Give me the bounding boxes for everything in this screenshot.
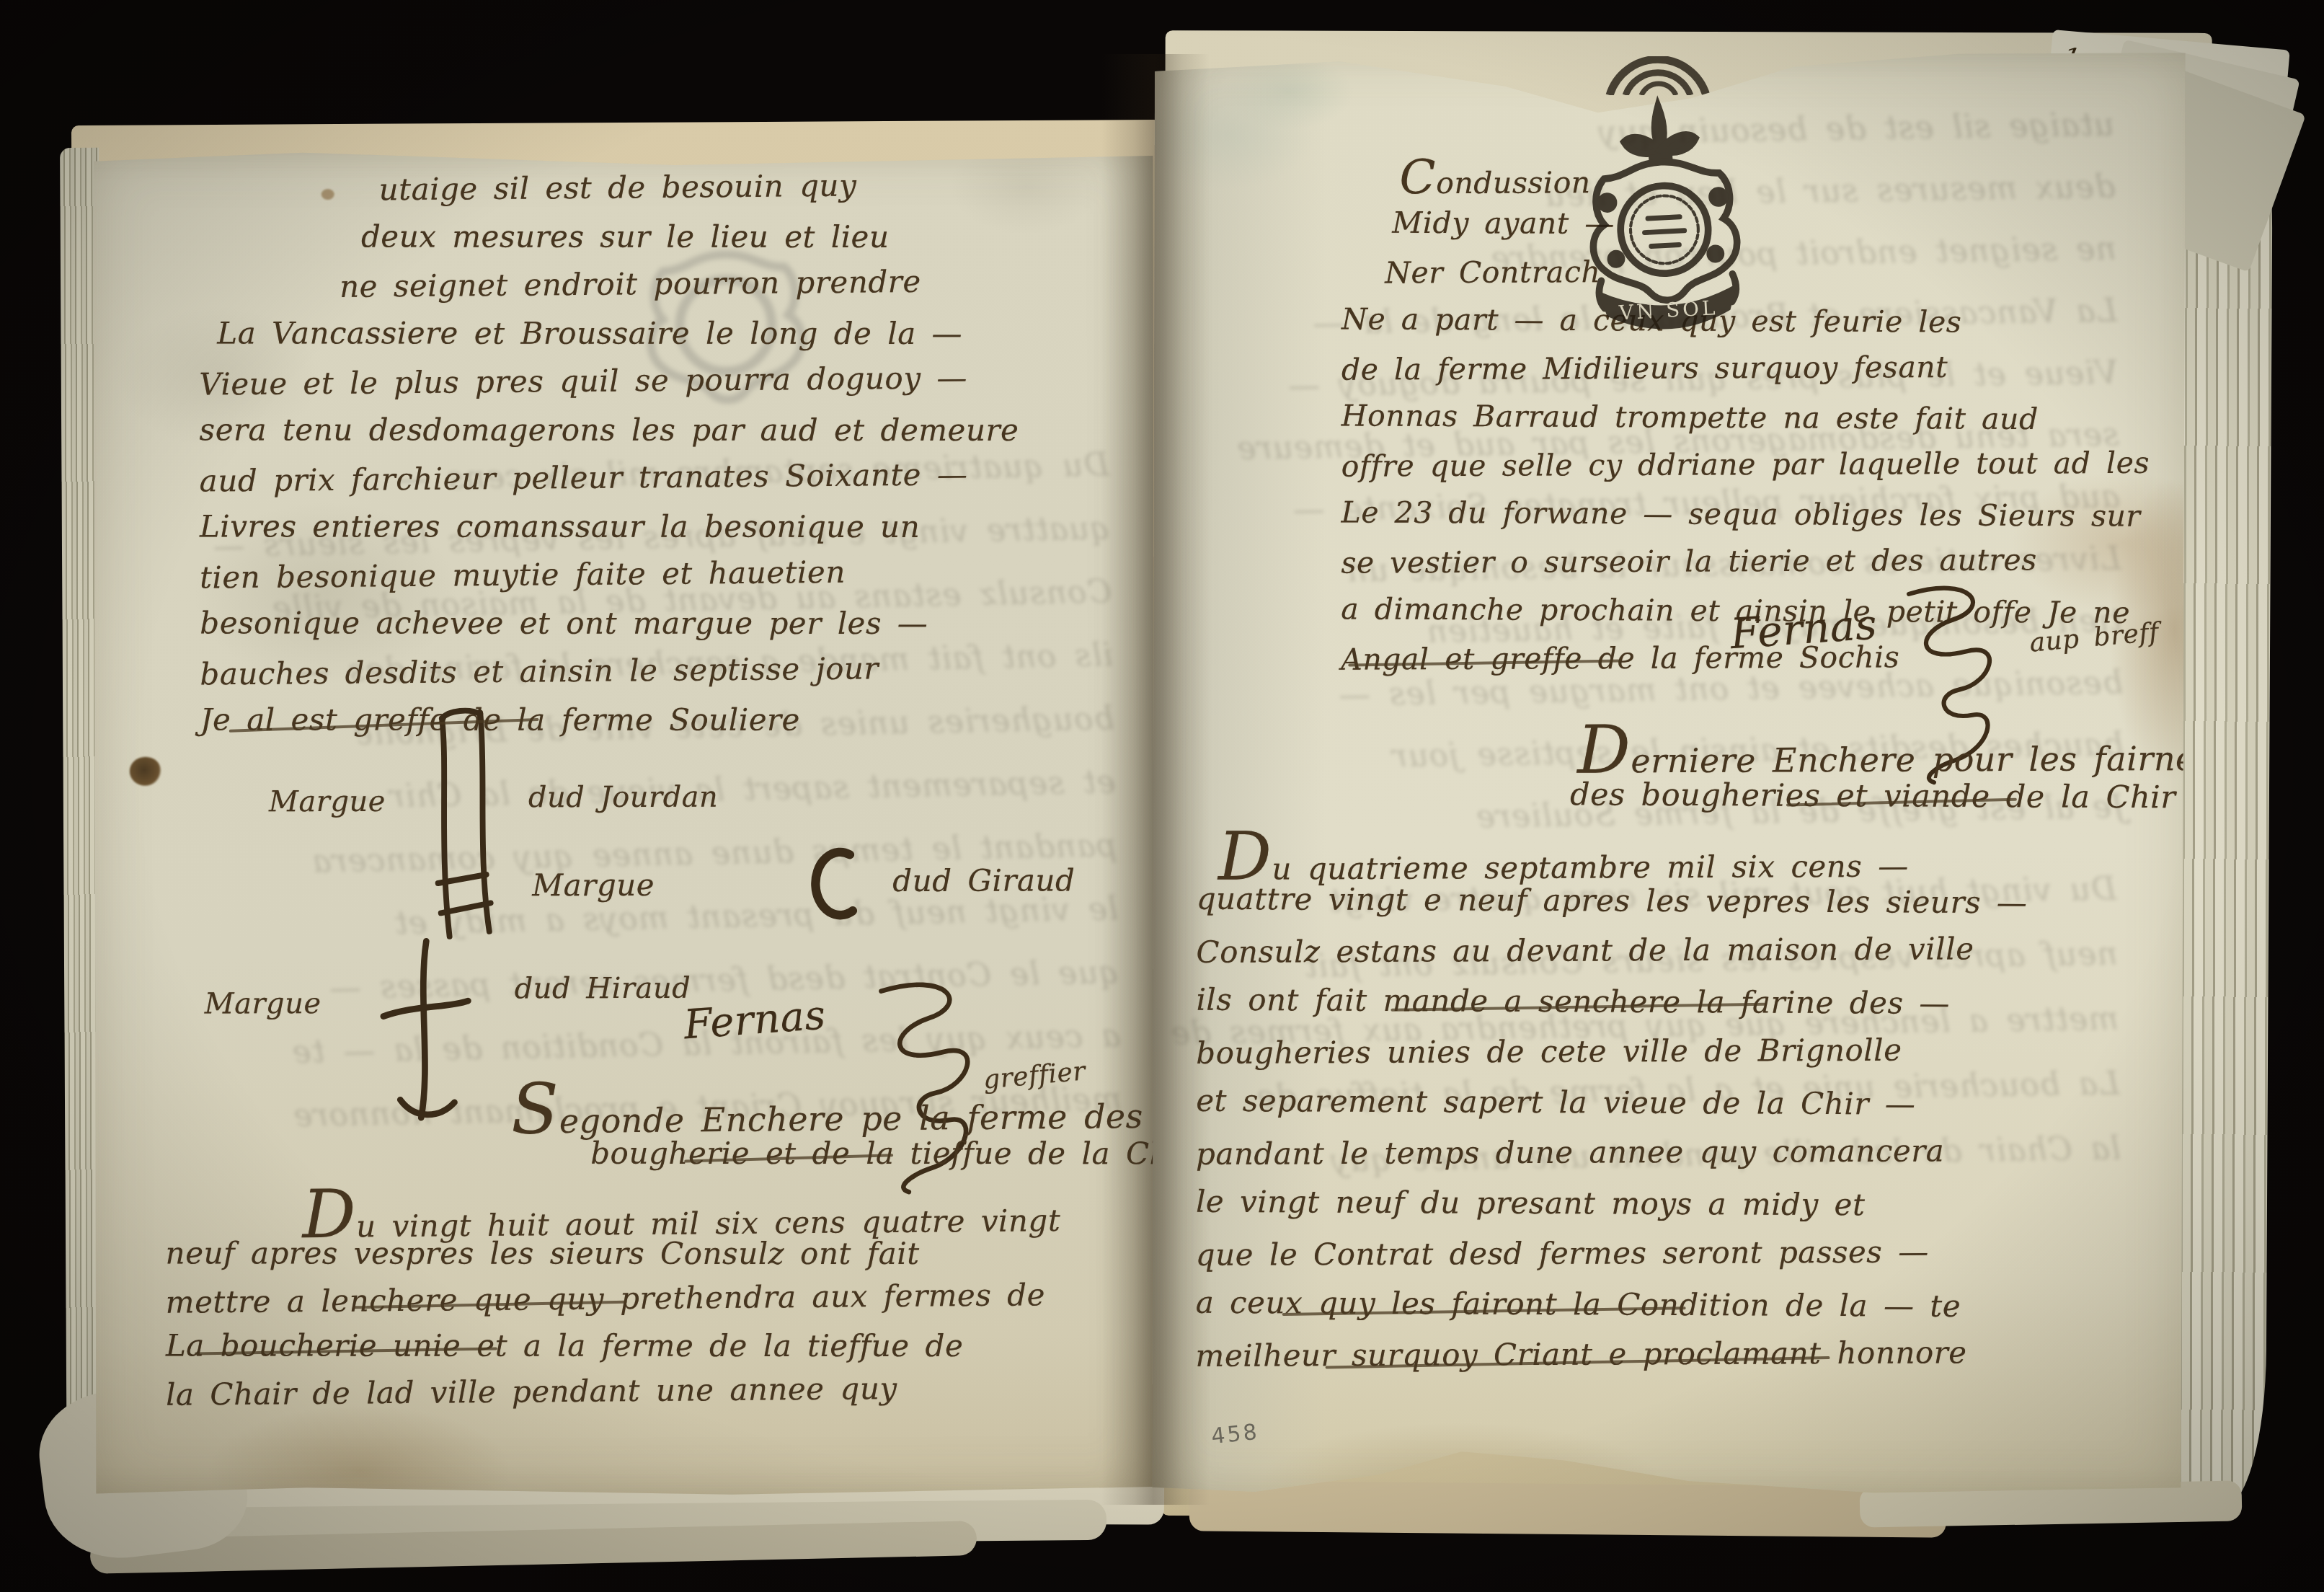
- manuscript-line: se vestier o surseoir la tierie et des a…: [1341, 542, 2163, 594]
- manuscript-line: mettre a lenchere que quy prethendra aux…: [165, 1276, 1153, 1331]
- clerk-signature: Fernas: [683, 991, 828, 1048]
- manuscript-line: Vieue et le plus pres quil se pourra dog…: [199, 358, 1158, 415]
- pencil-page-number: 458: [1210, 1420, 1261, 1450]
- manuscript-line: aud prix farchieur pelleur tranates Soix…: [200, 455, 1159, 512]
- manuscript-line: pandant le temps dune annee quy comancer…: [1196, 1132, 2169, 1187]
- manuscript-line: le vingt neuf du presant moys a midy et: [1196, 1184, 2169, 1239]
- ink-blot: [130, 757, 161, 786]
- manuscript-line: Du vingt huit aout mil six cens quatre v…: [165, 1184, 1153, 1239]
- left-page-entry-heading: Segonde Enchere pe la ferme desbougherie…: [165, 1082, 1145, 1186]
- marque-name: dud Giraud: [892, 862, 1075, 898]
- manuscript-line: ne seignet endroit pourron prendre: [199, 262, 1158, 319]
- manuscript-line: sera tenu desdomagerons les par aud et d…: [200, 412, 1158, 461]
- manuscript-line: Honnas Barraud trompette na este fait au…: [1341, 398, 2163, 451]
- manuscript-line: Le 23 du forwane — sequa obliges les Sie…: [1341, 495, 2163, 547]
- manuscript-line: bougheries unies de cete ville de Brigno…: [1196, 1031, 2169, 1086]
- right-page-text-block-2: Du quatrieme septambre mil six cens —qua…: [1196, 831, 2170, 1387]
- manuscript-line: Du quatrieme septambre mil six cens —: [1197, 829, 2170, 884]
- manuscript-line: utaige sil est de besouin quy: [198, 165, 1158, 222]
- manuscript-line: la Chair de lad ville pendant une annee …: [166, 1368, 1154, 1423]
- manuscript-line: offre que selle cy ddriane par laquelle …: [1341, 446, 2163, 497]
- manuscript-line: des bougheries et viande de la Chir: [1197, 775, 2163, 829]
- marque-name: dud Jourdan: [528, 781, 719, 815]
- manuscript-line: quattre vingt e neuf apres les vepres le…: [1197, 881, 2170, 937]
- manuscript-line: de la ferme Midilieurs surquoy fesant: [1341, 349, 2163, 401]
- manuscript-line: Consulz estans au devant de la maison de…: [1196, 930, 2169, 985]
- manuscript-line: et separement sapert la vieue de la Chir…: [1196, 1083, 2169, 1138]
- marque-label: Margue: [532, 867, 655, 903]
- right-page-entry-heading: Derniere Enchere pour les fairnesdes bou…: [1197, 726, 2163, 826]
- left-page-text-block-2: Du vingt huit aout mil six cens quatre v…: [165, 1187, 1153, 1420]
- manuscript-line: La Vancassiere et Broussaire le long de …: [199, 315, 1158, 364]
- clerk-signature: Fernas: [1729, 599, 1879, 658]
- manuscript-line: neuf apres vespres les sieurs Consulz on…: [166, 1236, 1153, 1283]
- manuscript-line: Segonde Enchere pe la ferme des: [165, 1079, 1146, 1138]
- marque-label: Margue: [205, 987, 321, 1020]
- left-page: Du quatrieme septambre mil six cens —qua…: [91, 145, 1157, 1499]
- marque-name: dud Hiraud: [515, 972, 691, 1006]
- ladder-mark-icon: [420, 705, 500, 947]
- page-edge-stack-right: [2170, 72, 2273, 1509]
- manuscript-line: besonique achevee et ont margue per les …: [200, 605, 1158, 654]
- manuscript-line: ils ont fait mande a senchere la farine …: [1196, 982, 2169, 1038]
- tax-stamp-partial-icon: [1604, 56, 1712, 95]
- manuscript-photo: 1 Du quatrieme septambre mil six cens —q…: [0, 0, 2324, 1592]
- manuscript-line: bauches desdits et ainsin le septisse jo…: [200, 648, 1159, 705]
- tax-stamp-seal: VN SOL: [1556, 87, 1771, 346]
- manuscript-line: deux mesures sur le lieu et lieu: [199, 218, 1158, 267]
- marque-label: Margue: [269, 785, 386, 818]
- ring-mark-icon: [806, 845, 874, 923]
- manuscript-line: Derniere Enchere pour les fairnes: [1197, 725, 2163, 778]
- manuscript-line: que le Contrat desd fermes seront passes…: [1196, 1233, 2169, 1288]
- manuscript-line: Livres entieres comanssaur la besonique …: [200, 508, 1158, 557]
- left-page-text-block-1: utaige sil est de besouin quydeux mesure…: [199, 168, 1159, 750]
- manuscript-line: tien besonique muytie faite et hauetien: [200, 552, 1159, 609]
